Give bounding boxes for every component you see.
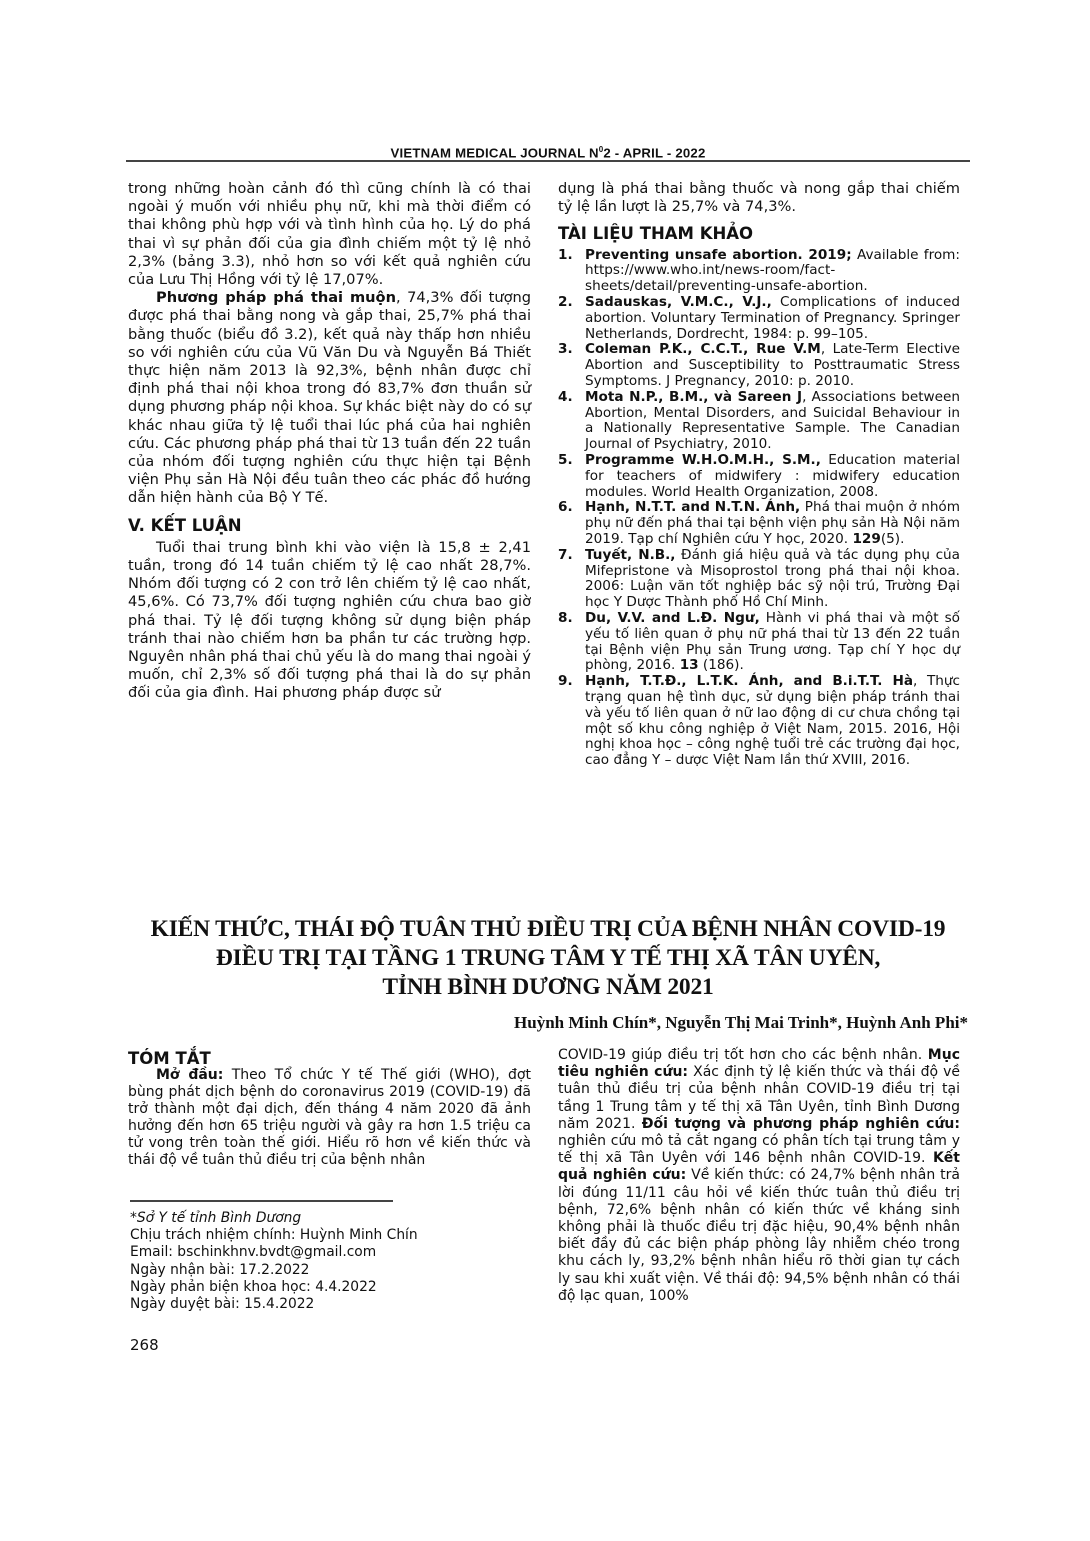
intro-label: Mở đầu: [156, 1067, 223, 1083]
reference-authors: Mota N.P., B.M., và Sareen J [585, 389, 802, 405]
reference-item: 9.Hạnh, T.T.Đ., L.T.K. Ánh, and B.i.T.T.… [558, 674, 960, 769]
right-column: dụng là phá thai bằng thuốc và nong gắp … [558, 180, 960, 769]
journal-issue: 2 - APRIL - 2022 [603, 145, 705, 160]
title-line-3: TỈNH BÌNH DƯƠNG NĂM 2021 [127, 973, 969, 1002]
reference-authors: Du, V.V. and L.Đ. Ngư, [585, 610, 760, 626]
references-heading: TÀI LIỆU THAM KHẢO [558, 225, 960, 243]
reference-authors: Preventing unsafe abortion. 2019; [585, 247, 852, 263]
reference-item: 2.Sadauskas, V.M.C., V.J., Complications… [558, 295, 960, 342]
page-number: 268 [130, 1336, 159, 1354]
intro-continuation: COVID-19 giúp điều trị tốt hơn cho các b… [558, 1047, 928, 1063]
article-authors: Huỳnh Minh Chín*, Nguyễn Thị Mai Trinh*,… [514, 1013, 968, 1033]
article-title: KIẾN THỨC, THÁI ĐỘ TUÂN THỦ ĐIỀU TRỊ CỦA… [127, 915, 969, 1002]
corresponding-author: Chịu trách nhiệm chính: Huỳnh Minh Chín [130, 1227, 418, 1244]
reference-number: 3. [558, 342, 585, 389]
reference-authors: Programme W.H.O.M.H., S.M., [585, 452, 821, 468]
conclusion-heading: V. KẾT LUẬN [128, 517, 531, 535]
abstract-body: COVID-19 giúp điều trị tốt hơn cho các b… [558, 1047, 960, 1305]
reference-number: 1. [558, 248, 585, 295]
methods-label: Đối tượng và phương pháp nghiên cứu: [642, 1116, 960, 1132]
left-column: trong những hoàn cảnh đó thì cũng chính … [128, 180, 531, 703]
abstract-heading: TÓM TẮT [128, 1050, 531, 1067]
reference-number: 7. [558, 548, 585, 611]
reference-number: 4. [558, 390, 585, 453]
paragraph-lead: Phương pháp phá thai muộn [156, 289, 396, 306]
email: Email: bschinkhnv.bvdt@gmail.com [130, 1244, 418, 1261]
reference-authors: Hạnh, N.T.T. and N.T.N. Ánh, [585, 499, 800, 515]
reference-item: 7.Tuyết, N.B., Đánh giá hiệu quả và tác … [558, 548, 960, 611]
title-line-1: KIẾN THỨC, THÁI ĐỘ TUÂN THỦ ĐIỀU TRỊ CỦA… [127, 915, 969, 944]
conclusion-paragraph: Tuổi thai trung bình khi vào viện là 15,… [128, 539, 531, 703]
header-divider [126, 160, 970, 162]
footnote-divider [130, 1200, 393, 1202]
reference-number: 5. [558, 453, 585, 500]
reference-authors: Sadauskas, V.M.C., V.J., [585, 294, 772, 310]
reference-authors: Tuyết, N.B., [585, 547, 675, 563]
footnote: *Sở Y tế tỉnh Bình Dương Chịu trách nhiệ… [130, 1210, 418, 1313]
reference-number: 6. [558, 500, 585, 547]
reference-list: 1.Preventing unsafe abortion. 2019; Avai… [558, 248, 960, 769]
reference-number: 9. [558, 674, 585, 769]
reference-item: 5.Programme W.H.O.M.H., S.M., Education … [558, 453, 960, 500]
abstract-left-column: TÓM TẮT Mở đầu: Theo Tổ chức Y tế Thế gi… [128, 1050, 531, 1169]
discussion-paragraph-1: trong những hoàn cảnh đó thì cũng chính … [128, 180, 531, 289]
running-header: VIETNAM MEDICAL JOURNAL N02 - APRIL - 20… [127, 145, 969, 160]
reference-number: 8. [558, 611, 585, 674]
reference-number: 2. [558, 295, 585, 342]
reference-issue: (186). [699, 657, 744, 673]
results-text: Về kiến thức: có 24,7% bệnh nhân trả lời… [558, 1167, 960, 1303]
paragraph-text: , 74,3% đối tượng được phá thai bằng non… [128, 289, 531, 506]
methods-text: nghiên cứu mô tả cắt ngang có phân tích … [558, 1133, 960, 1166]
abstract-intro: Mở đầu: Theo Tổ chức Y tế Thế giới (WHO)… [128, 1067, 531, 1169]
affiliation: *Sở Y tế tỉnh Bình Dương [130, 1210, 418, 1227]
reference-authors: Hạnh, T.T.Đ., L.T.K. Ánh, and B.i.T.T. H… [585, 673, 913, 689]
abstract-right-column: COVID-19 giúp điều trị tốt hơn cho các b… [558, 1047, 960, 1305]
review-date: Ngày phản biện khoa học: 4.4.2022 [130, 1279, 418, 1296]
title-line-2: ĐIỀU TRỊ TẠI TẦNG 1 TRUNG TÂM Y TẾ THỊ X… [127, 944, 969, 973]
reference-volume: 129 [852, 531, 880, 547]
reference-issue: (5). [881, 531, 905, 547]
discussion-paragraph-2: Phương pháp phá thai muộn, 74,3% đối tượ… [128, 289, 531, 507]
reference-item: 1.Preventing unsafe abortion. 2019; Avai… [558, 248, 960, 295]
reference-volume: 13 [680, 657, 699, 673]
received-date: Ngày nhận bài: 17.2.2022 [130, 1262, 418, 1279]
conclusion-continuation: dụng là phá thai bằng thuốc và nong gắp … [558, 180, 960, 216]
accepted-date: Ngày duyệt bài: 15.4.2022 [130, 1296, 418, 1313]
journal-name: VIETNAM MEDICAL JOURNAL N [390, 145, 598, 160]
reference-item: 6.Hạnh, N.T.T. and N.T.N. Ánh, Phá thai … [558, 500, 960, 547]
reference-item: 3.Coleman P.K., C.C.T., Rue V.M, Late-Te… [558, 342, 960, 389]
reference-authors: Coleman P.K., C.C.T., Rue V.M [585, 341, 821, 357]
reference-item: 4.Mota N.P., B.M., và Sareen J, Associat… [558, 390, 960, 453]
reference-item: 8.Du, V.V. and L.Đ. Ngư, Hành vi phá tha… [558, 611, 960, 674]
